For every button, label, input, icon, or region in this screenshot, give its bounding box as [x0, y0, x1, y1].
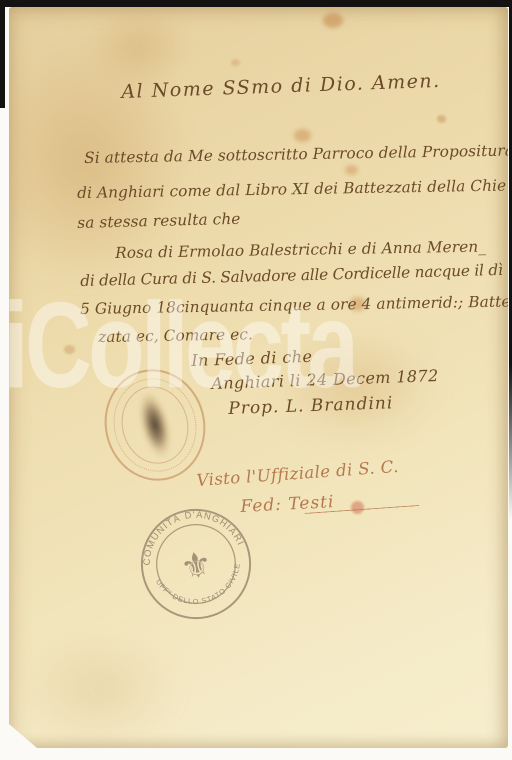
stain [64, 345, 75, 354]
civil-office-round-stamp: COMUNITÀ D'ANGHIARI ✱ UFFº DELLO STATO C… [126, 494, 266, 634]
stain [231, 59, 240, 66]
photo-edge-left [0, 0, 5, 108]
official-signature: Fed: Testi [240, 492, 335, 517]
place-date-line: Anghiari li 24 Decem 1872 [211, 366, 439, 393]
record-line-1: Rosa di Ermolao Balestricchi e di Anna M… [115, 238, 486, 262]
attestation-line-2: di Anghiari come dal Libro XI dei Battez… [77, 177, 506, 202]
scanned-photo: Al Nome SSmo di Dio. Amen. Si attesta da… [0, 0, 512, 760]
record-line-4: zata ec, Comare ec. [98, 325, 253, 346]
stain [323, 13, 343, 28]
stain [437, 115, 446, 123]
attestation-line-1: Si attesta da Me sottoscritto Parroco de… [84, 141, 512, 166]
record-line-2: di della Cura di S. Salvadore alle Cordi… [80, 261, 503, 290]
stain [294, 129, 311, 142]
stain [89, 7, 189, 87]
photo-edge-top [0, 0, 512, 7]
stain [345, 165, 358, 175]
invocation-line: Al Nome SSmo di Dio. Amen. [121, 70, 441, 103]
parish-oval-stamp [93, 359, 217, 492]
attestation-line-3: sa stessa resulta che [77, 210, 241, 232]
record-line-3: 5 Giugno 18cinquanta cinque a ore 4 anti… [80, 292, 512, 318]
round-stamp-emblem-icon: ⚜ [177, 543, 216, 589]
document-paper: Al Nome SSmo di Dio. Amen. Si attesta da… [9, 7, 508, 748]
stain [19, 632, 179, 747]
in-fede-line: In Fede di che [191, 347, 313, 370]
parish-signature: Prop. L. Brandini [228, 393, 394, 419]
visto-line: Visto l'Uffiziale di S. C. [196, 457, 399, 490]
